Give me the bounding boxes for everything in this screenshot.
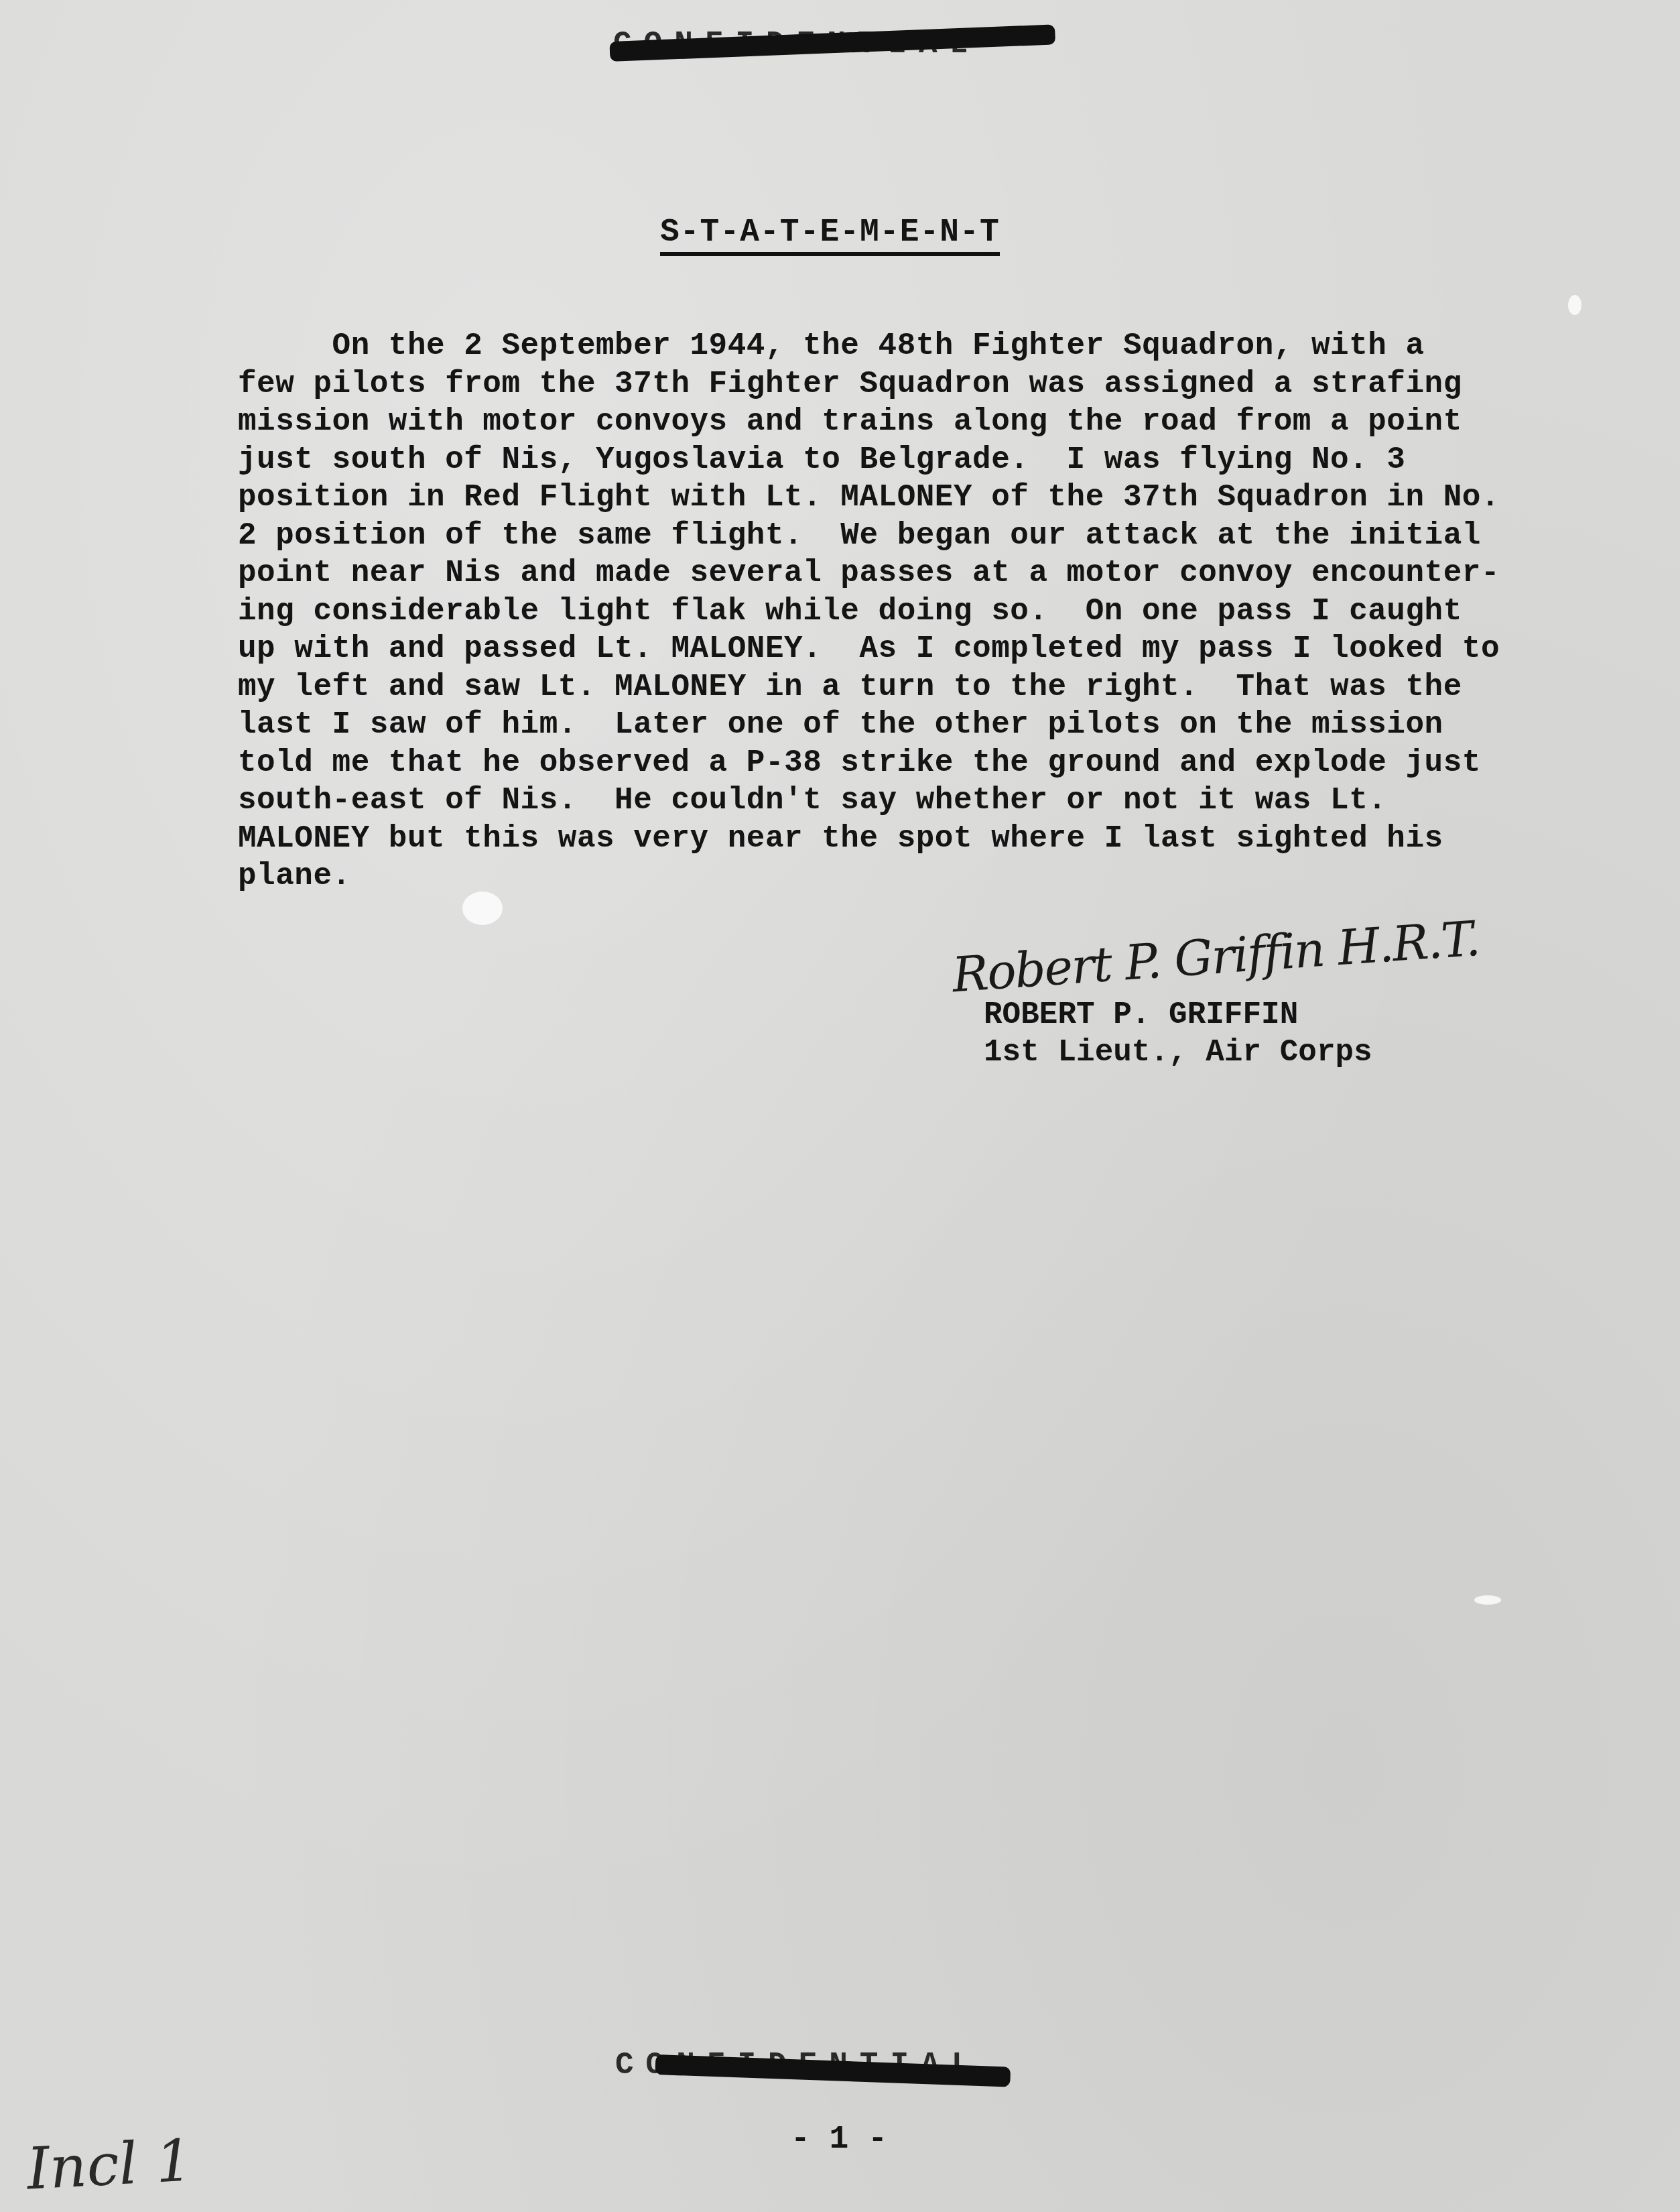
handwritten-signature: Robert P. Griffin H.R.T. — [950, 910, 1481, 1003]
handwritten-margin-annotation: Incl 1 — [25, 2128, 194, 2203]
body-line: plane. — [238, 857, 1444, 896]
body-line: ing considerable light flak while doing … — [238, 593, 1444, 631]
body-line: south-east of Nis. He couldn't say wheth… — [238, 782, 1444, 820]
body-line: position in Red Flight with Lt. MALONEY … — [238, 479, 1444, 517]
body-line: few pilots from the 37th Fighter Squadro… — [238, 365, 1444, 404]
document-page: CONFIDENTIAL S-T-A-T-E-M-E-N-T On the 2 … — [0, 0, 1680, 2212]
body-line: mission with motor convoys and trains al… — [238, 403, 1444, 441]
paper-speck — [462, 892, 503, 925]
body-line: just south of Nis, Yugoslavia to Belgrad… — [238, 441, 1444, 479]
body-line: 2 position of the same flight. We began … — [238, 517, 1444, 555]
body-line: last I saw of him. Later one of the othe… — [238, 706, 1444, 744]
paper-speck — [1568, 295, 1581, 315]
header-classification-stamp: CONFIDENTIAL — [613, 27, 980, 62]
document-title: S-T-A-T-E-M-E-N-T — [660, 214, 1000, 256]
body-line: MALONEY but this was very near the spot … — [238, 820, 1444, 858]
page-number: - 1 - — [791, 2122, 887, 2158]
signer-rank: 1st Lieut., Air Corps — [984, 1035, 1372, 1070]
paper-speck — [1474, 1595, 1501, 1605]
body-line: told me that he observed a P-38 strike t… — [238, 744, 1444, 782]
body-line: up with and passed Lt. MALONEY. As I com… — [238, 630, 1444, 668]
statement-body: On the 2 September 1944, the 48th Fighte… — [238, 327, 1444, 896]
body-line: point near Nis and made several passes a… — [238, 554, 1444, 593]
footer-classification-stamp: CONFIDENTIAL — [615, 2048, 982, 2083]
body-line: my left and saw Lt. MALONEY in a turn to… — [238, 668, 1444, 706]
signer-name: ROBERT P. GRIFFIN — [984, 997, 1298, 1032]
body-line: On the 2 September 1944, the 48th Fighte… — [238, 327, 1444, 365]
